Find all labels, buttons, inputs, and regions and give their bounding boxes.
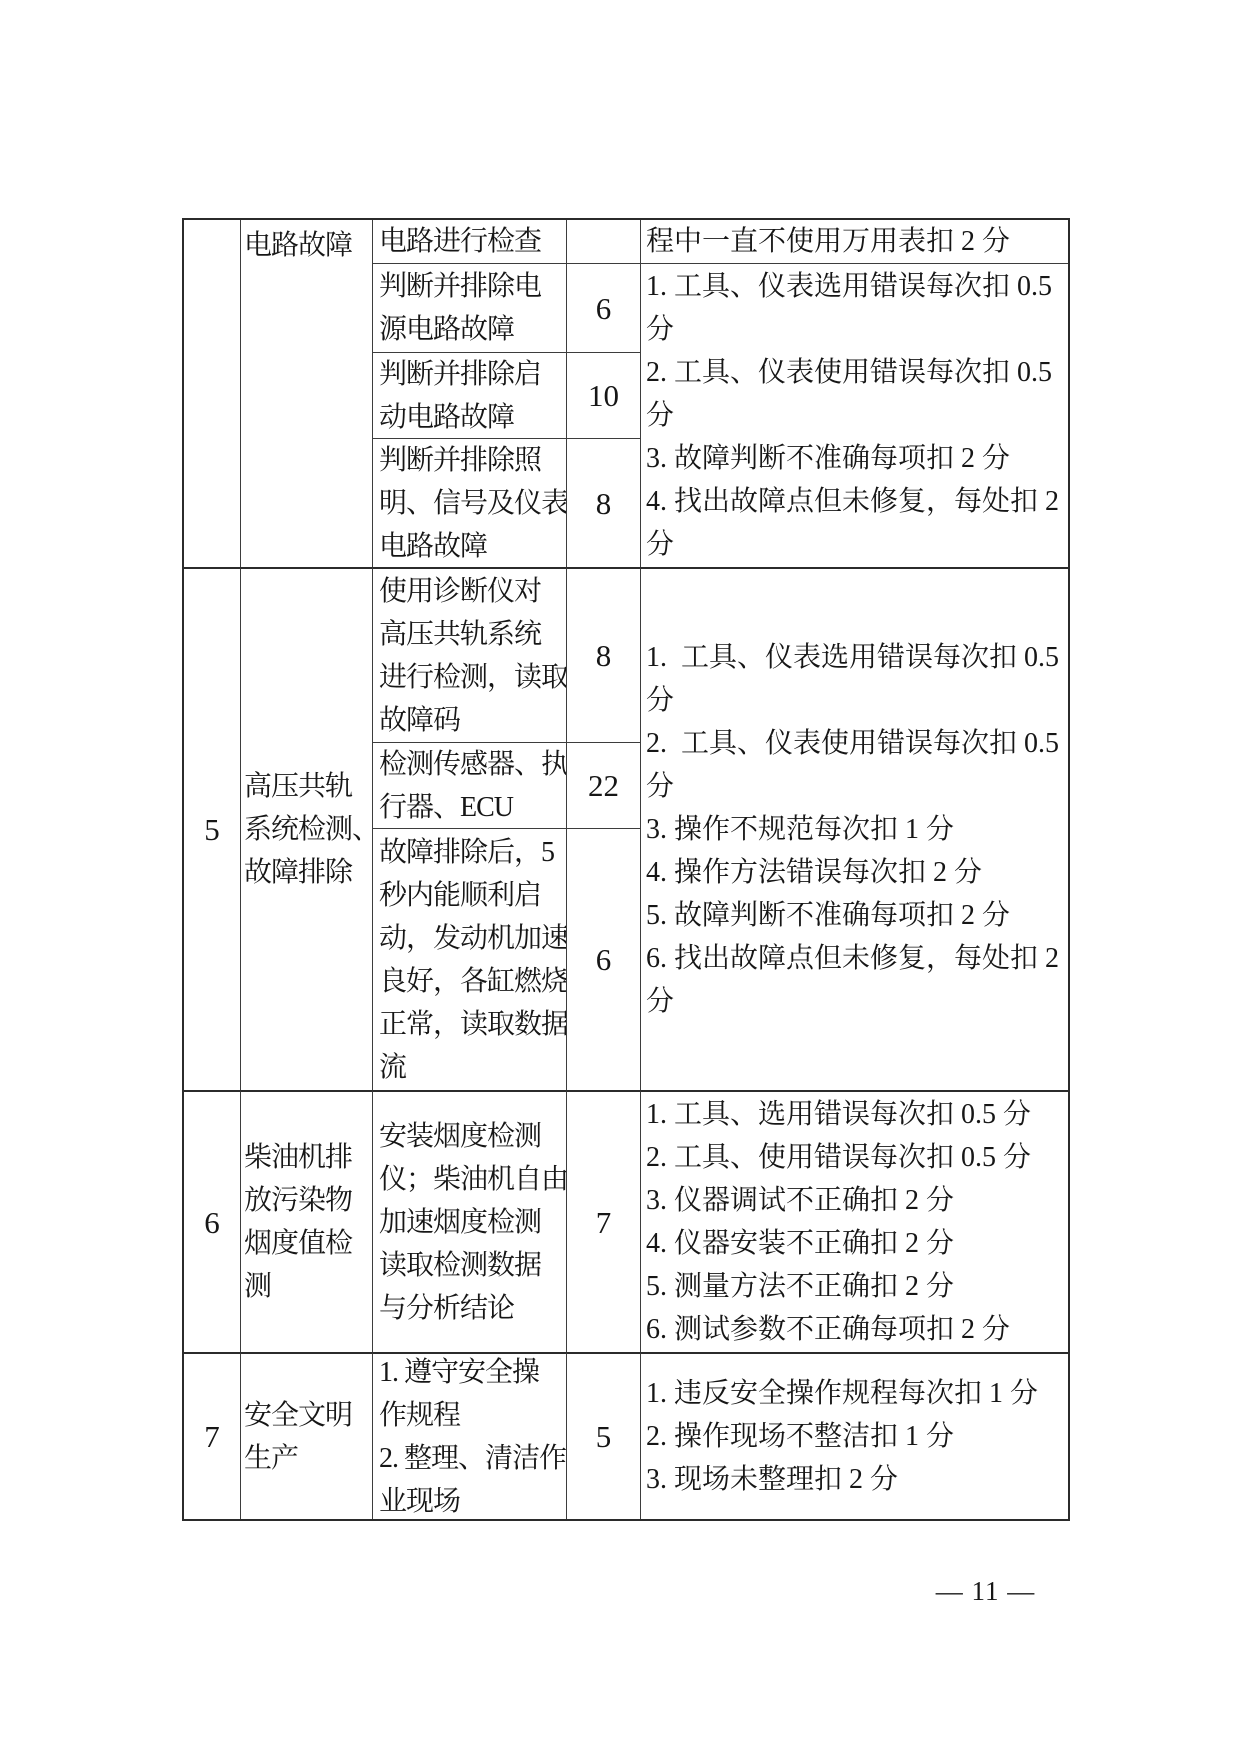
section7-criteria-cell: 1. 违反安全操作规程每次扣 1 分 2. 操作现场不整洁扣 1 分 3. 现场… bbox=[640, 1352, 1068, 1519]
section5-points-row1: 8 bbox=[566, 567, 640, 742]
section6-category-cell: 柴油机排 放污染物 烟度值检 测 bbox=[240, 1090, 372, 1352]
section7-category-cell: 安全文明 生产 bbox=[240, 1352, 372, 1519]
section4-criteria-continuation: 程中一直不使用万用表扣 2 分 bbox=[640, 220, 1068, 263]
section4-task-row1: 电路进行检查 bbox=[372, 220, 566, 263]
page-number: — 11 — bbox=[918, 1576, 1053, 1607]
section5-task-row2: 检测传感器、执 行器、ECU bbox=[372, 742, 566, 828]
section5-points-row2: 22 bbox=[566, 742, 640, 828]
section4-task-row2: 判断并排除电 源电路故障 bbox=[372, 263, 566, 352]
section4-points-row1 bbox=[566, 220, 640, 263]
section4-task-row3: 判断并排除启 动电路故障 bbox=[372, 352, 566, 438]
section7-task-cell: 1. 遵守安全操 作规程 2. 整理、清洁作 业现场 bbox=[372, 1352, 566, 1519]
section4-seq-cell bbox=[184, 220, 240, 567]
section5-seq-cell: 5 bbox=[184, 567, 240, 1090]
section6-points-cell: 7 bbox=[566, 1090, 640, 1352]
section5-task-row1: 使用诊断仪对 高压共轨系统 进行检测，读取 故障码 bbox=[372, 567, 566, 742]
section5-category-cell: 高压共轨 系统检测、 故障排除 bbox=[240, 567, 372, 1090]
section6-task-cell: 安装烟度检测 仪；柴油机自由 加速烟度检测 读取检测数据 与分析结论 bbox=[372, 1090, 566, 1352]
section4-points-row2: 6 bbox=[566, 263, 640, 352]
section6-seq-cell: 6 bbox=[184, 1090, 240, 1352]
section6-criteria-cell: 1. 工具、选用错误每次扣 0.5 分 2. 工具、使用错误每次扣 0.5 分 … bbox=[640, 1090, 1068, 1352]
section4-points-row4: 8 bbox=[566, 438, 640, 567]
section4-criteria-cell: 1. 工具、仪表选用错误每次扣 0.5 分 2. 工具、仪表使用错误每次扣 0.… bbox=[640, 263, 1068, 567]
section4-points-row3: 10 bbox=[566, 352, 640, 438]
section7-points-cell: 5 bbox=[566, 1352, 640, 1519]
section4-task-row4: 判断并排除照 明、信号及仪表 电路故障 bbox=[372, 438, 566, 567]
section5-points-row3: 6 bbox=[566, 828, 640, 1090]
document-page: { "page": { "number_display": "— 11 —" }… bbox=[0, 0, 1241, 1754]
section5-task-row3: 故障排除后，5 秒内能顺利启 动，发动机加速 良好，各缸燃烧 正常，读取数据 流 bbox=[372, 828, 566, 1090]
section4-category-cell: 电路故障 bbox=[240, 220, 372, 567]
section7-seq-cell: 7 bbox=[184, 1352, 240, 1519]
section5-criteria-cell: 1. 工具、仪表选用错误每次扣 0.5 分 2. 工具、仪表使用错误每次扣 0.… bbox=[640, 567, 1068, 1090]
score-table: 电路故障 电路进行检查 程中一直不使用万用表扣 2 分 判断并排除电 源电路故障… bbox=[182, 218, 1070, 1521]
